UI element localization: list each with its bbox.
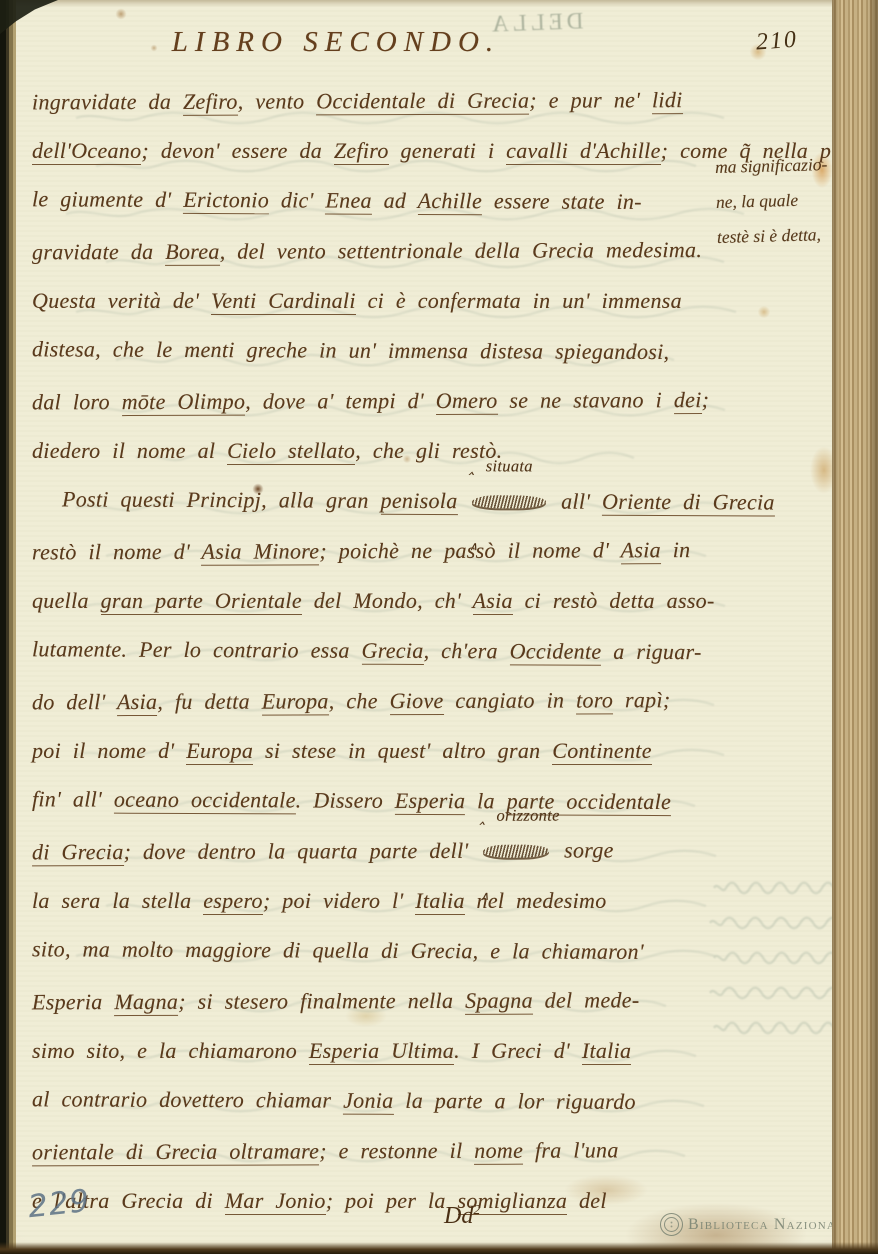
- manuscript-line: dell'Oceano; devon' essere da Zefiro gen…: [32, 126, 822, 176]
- text-segment: ; poi per la: [326, 1188, 458, 1213]
- text-segment: distesa, che le menti greche in un' imme…: [32, 336, 669, 364]
- text-segment: in: [661, 537, 691, 562]
- text-segment: poi il nome d': [32, 738, 186, 763]
- underlined-text: Italia: [582, 1038, 631, 1065]
- text-segment: ; devon' essere da: [141, 138, 333, 163]
- text-segment: , vento: [238, 88, 317, 113]
- manuscript-line: sito, ma molto maggiore di quella di Gre…: [32, 924, 822, 977]
- text-segment: ; poichè ne passò il nome d': [319, 537, 620, 563]
- text-segment: sito, ma molto maggiore di quella di Gre…: [32, 936, 644, 964]
- text-segment: simo sito, e la chiamarono: [32, 1038, 309, 1063]
- catchword-base: Dd: [444, 1203, 473, 1229]
- underlined-text: Achille: [418, 188, 483, 215]
- text-segment: la parte a lor riguardo: [393, 1088, 635, 1114]
- manuscript-line: fin' all' oceano occidentale. Dissero Es…: [32, 774, 822, 827]
- underlined-text: Venti Cardinali: [211, 288, 356, 315]
- page-title: LIBRO SECONDO.: [16, 26, 656, 59]
- text-segment: se ne stavano i: [498, 387, 674, 413]
- text-segment: del Mondo, ch': [302, 588, 473, 613]
- inserted-word: ‸ situata: [469, 441, 533, 491]
- text-segment: all': [549, 489, 602, 514]
- manuscript-line: Esperia Magna; si stesero finalmente nel…: [32, 975, 822, 1028]
- manuscript-line: quella gran parte Orientale del Mondo, c…: [32, 576, 822, 626]
- text-segment: rapì;: [613, 687, 670, 712]
- text-segment: ingravidate da: [32, 89, 183, 115]
- text-segment: del mede-: [533, 987, 640, 1012]
- text-segment: diedero il nome al: [32, 438, 227, 463]
- text-segment: dic': [269, 187, 325, 212]
- folio-number: 210: [755, 27, 799, 57]
- text-segment: lutamente. Per lo contrario essa: [32, 636, 362, 662]
- underlined-text: Zefiro: [183, 89, 238, 116]
- text-segment: sorge: [552, 837, 613, 862]
- underlined-text: Zefiro: [334, 138, 389, 165]
- text-segment: fra l'una: [523, 1137, 619, 1162]
- manuscript-line: Posti questi Principj, alla gran penisol…: [32, 474, 822, 527]
- underlined-text: Asia: [473, 588, 513, 615]
- text-segment: ad: [372, 188, 418, 213]
- underlined-text: Occidente: [510, 638, 602, 665]
- text-segment: quella: [32, 588, 101, 613]
- underlined-text: Europa: [186, 738, 253, 765]
- text-segment: dal loro: [32, 389, 122, 414]
- manuscript-line: di Grecia; dove dentro la quarta parte d…: [32, 825, 822, 878]
- text-segment: a riguar-: [601, 639, 701, 664]
- underlined-text: Asia Minore: [201, 538, 319, 565]
- underlined-text: Enea: [325, 188, 372, 215]
- text-segment: la sera la stella: [32, 888, 203, 913]
- manuscript-line: distesa, che le menti greche in un' imme…: [32, 324, 822, 377]
- underlined-text: Italia: [415, 888, 464, 915]
- underlined-text: gran parte Orientale: [101, 588, 302, 615]
- underlined-text: lidi: [652, 87, 683, 114]
- bottom-page-edge: [0, 1242, 878, 1254]
- underlined-text: Oriente di Grecia: [602, 489, 775, 517]
- text-segment: restò il nome d': [32, 539, 202, 565]
- manuscript-line: diedero il nome al Cielo stellato, che g…: [32, 426, 822, 476]
- underlined-text: Mar Jonio: [225, 1188, 326, 1215]
- catchword-sup: 2: [473, 1203, 480, 1218]
- manuscript-line: simo sito, e la chiamarono Esperia Ultim…: [32, 1026, 822, 1076]
- text-segment: ci restò detta asso-: [513, 588, 715, 613]
- underlined-text: di Grecia: [32, 839, 124, 866]
- manuscript-line: dal loro mōte Olimpo, dove a' tempi d' O…: [32, 375, 822, 428]
- text-segment: essere state in-: [482, 188, 642, 214]
- underlined-text: Grecia: [361, 638, 423, 665]
- underlined-text: Magna: [114, 989, 178, 1016]
- underlined-text: Europa: [262, 688, 329, 715]
- text-segment: , ch'era: [424, 638, 510, 663]
- text-segment: , del vento settentrionale della Grecia …: [220, 237, 703, 264]
- underlined-text: dei: [674, 387, 702, 414]
- underlined-text: Occidentale di Grecia: [316, 88, 529, 116]
- underlined-text: Continente: [552, 738, 652, 765]
- manuscript-line: la sera la stella espero; poi videro l' …: [32, 876, 822, 926]
- underlined-text: Erictonio: [183, 187, 269, 214]
- underlined-text: Asia: [117, 689, 157, 716]
- text-segment: ;: [702, 387, 710, 412]
- underlined-text: Asia: [621, 537, 661, 564]
- scribbled-out-word: [472, 495, 546, 508]
- underlined-text: orientale di Grecia oltramare: [32, 1138, 319, 1166]
- underlined-text: penisola: [381, 488, 458, 515]
- manuscript-line: poi il nome d' Europa si stese in quest'…: [32, 726, 822, 776]
- underlined-text: Giove: [390, 688, 444, 715]
- library-seal-icon: [660, 1213, 683, 1236]
- underlined-text: Jonia: [343, 1088, 394, 1115]
- manuscript-line: al contrario dovettero chiamar Jonia la …: [32, 1074, 822, 1127]
- underlined-text: Esperia: [395, 788, 466, 815]
- text-segment: , dove a' tempi d': [245, 388, 436, 414]
- text-segment: Posti questi Principj, alla gran: [62, 486, 381, 512]
- text-segment: Questa verità de': [32, 288, 211, 313]
- underlined-text: espero: [203, 888, 263, 915]
- underlined-text: mōte Olimpo: [122, 389, 246, 416]
- manuscript-text-block: ingravidate da Zefiro, vento Occidentale…: [32, 76, 822, 1226]
- text-segment: ; poi videro l': [263, 888, 415, 913]
- text-segment: si stese in quest' altro gran: [253, 738, 552, 763]
- text-segment: gravidate da: [32, 239, 165, 264]
- insertion-caret: ∧: [480, 871, 489, 921]
- underlined-text: oceano occidentale: [114, 787, 296, 815]
- text-segment: [457, 488, 469, 513]
- manuscript-line: Questa verità de' Venti Cardinali ci è c…: [32, 276, 822, 326]
- book-binding-edge: [0, 0, 16, 1254]
- manuscript-line: orientale di Grecia oltramare; e restonn…: [32, 1125, 822, 1178]
- underlined-text: Cielo stellato: [227, 438, 355, 465]
- text-segment: generati i: [389, 138, 507, 163]
- underlined-text: toro: [576, 687, 613, 714]
- text-segment: al contrario dovettero chiamar: [32, 1086, 343, 1112]
- text-segment: ; e restonne il: [319, 1138, 474, 1164]
- manuscript-line: ingravidate da Zefiro, vento Occidentale…: [32, 75, 822, 128]
- underlined-text: nome: [474, 1138, 523, 1165]
- manuscript-photo: DELLA LIBRO SECONDO. 210 ingravidate da …: [0, 0, 878, 1254]
- text-segment: , fu detta: [157, 689, 261, 714]
- text-segment: . I Greci d': [454, 1038, 582, 1063]
- pencil-foliation-number: 229: [26, 1183, 92, 1225]
- text-segment: ; e pur ne': [529, 87, 652, 112]
- text-segment: cangiato in: [444, 687, 577, 712]
- text-segment: le giumente d': [32, 186, 183, 212]
- text-segment: ci è confermata in un' immensa: [356, 288, 682, 313]
- page-edges-stack: [832, 0, 878, 1254]
- text-segment: fin' all': [32, 786, 114, 811]
- scribbled-out-word: [483, 845, 549, 858]
- text-segment: . Dissero: [296, 787, 395, 812]
- underlined-text: cavalli d'Achille: [506, 138, 660, 165]
- inserted-word: ‸ orizzonte: [480, 791, 560, 841]
- catchword: Dd2: [444, 1203, 480, 1230]
- manuscript-line: gravidate da Borea, del vento settentrio…: [32, 225, 822, 278]
- underlined-text: Borea: [165, 239, 220, 266]
- manuscript-page: DELLA LIBRO SECONDO. 210 ingravidate da …: [16, 0, 834, 1254]
- text-segment: ; si stesero finalmente nella: [178, 988, 465, 1014]
- underlined-text: Spagna: [465, 988, 533, 1015]
- manuscript-line: le giumente d' Erictonio dic' Enea ad Ac…: [32, 174, 822, 227]
- manuscript-line: lutamente. Per lo contrario essa Grecia,…: [32, 624, 822, 677]
- underlined-text: Omero: [436, 388, 498, 415]
- text-segment: do dell': [32, 689, 117, 714]
- underlined-text: Esperia Ultima: [309, 1038, 454, 1065]
- text-segment: del: [567, 1188, 607, 1213]
- text-segment: , che: [329, 688, 390, 713]
- text-segment: Esperia: [32, 989, 114, 1014]
- manuscript-line: do dell' Asia, fu detta Europa, che Giov…: [32, 675, 822, 728]
- text-segment: ; dove dentro la quarta parte dell': [124, 838, 481, 864]
- manuscript-line: restò il nome d' Asia Minore; poichè ne …: [32, 525, 822, 578]
- underlined-text: dell'Oceano: [32, 138, 141, 165]
